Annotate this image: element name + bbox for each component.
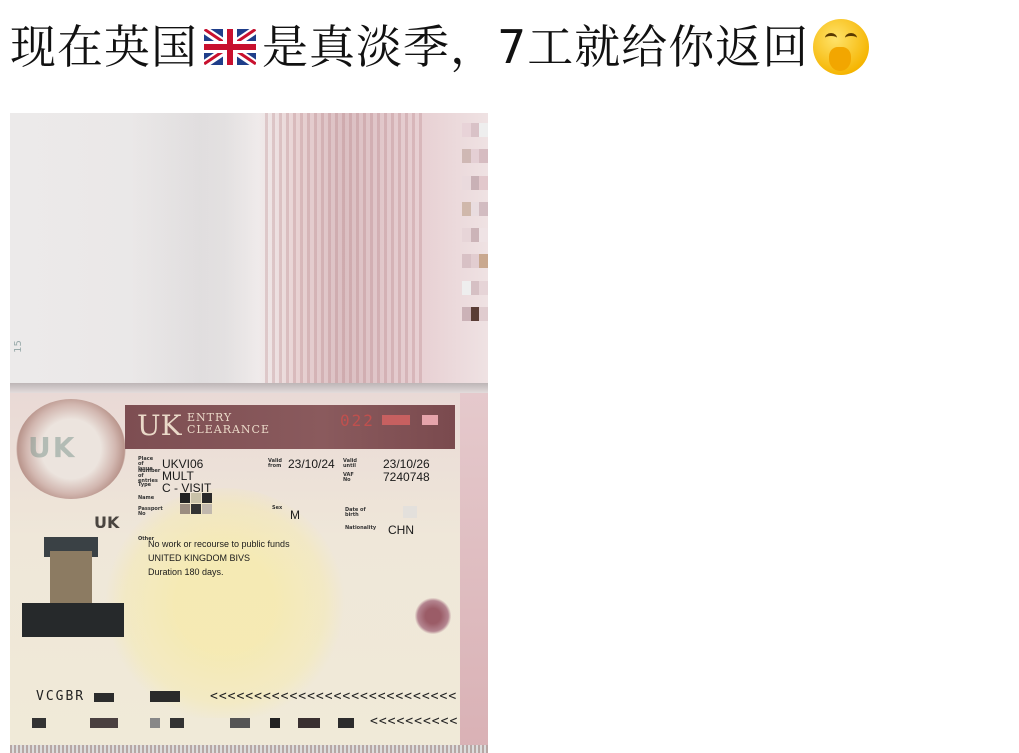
sex-label: Sex bbox=[272, 506, 284, 511]
redacted-visa-number bbox=[382, 415, 410, 425]
post-text: 现在英国 是真淡季，7工就给你返回 bbox=[10, 16, 869, 78]
passport-blank-page: 15 bbox=[10, 113, 488, 388]
mrz-line-1-prefix: VCGBR bbox=[36, 689, 85, 704]
photo-country-label: UK bbox=[94, 513, 119, 532]
valid-from-label: Valid from bbox=[268, 459, 282, 469]
entry-clearance-header: UK ENTRY CLEARANCE bbox=[125, 405, 455, 449]
name-label: Name bbox=[138, 496, 158, 501]
remark-line-3: Duration 180 days. bbox=[148, 567, 224, 577]
nationality-value: CHN bbox=[388, 523, 414, 537]
post-text-part2: 是真淡季，7工就给你返回 bbox=[262, 16, 809, 78]
nationality-label: Nationality bbox=[345, 526, 373, 531]
uk-visa-vignette: UK UK ENTRY CLEARANCE 022 Place of Issue… bbox=[10, 393, 488, 753]
passport-no-label: Passport No bbox=[138, 507, 158, 517]
pixelated-redaction bbox=[462, 123, 488, 333]
type-label: Type bbox=[138, 483, 158, 488]
remark-line-1: No work or recourse to public funds bbox=[148, 539, 290, 549]
royal-crest-watermark bbox=[105, 488, 345, 718]
mrz-line-1-fill: <<<<<<<<<<<<<<<<<<<<<<<<<<<< bbox=[210, 689, 457, 704]
royal-coat-of-arms-icon bbox=[415, 598, 451, 634]
redacted-mrz bbox=[94, 693, 114, 702]
seal-hologram-text: UK bbox=[28, 431, 76, 464]
sex-value: M bbox=[290, 508, 300, 522]
redacted-visa-number-2 bbox=[422, 415, 438, 425]
valid-until-label: Valid until bbox=[343, 459, 357, 469]
uk-flag-icon bbox=[204, 29, 256, 65]
hand-over-mouth-emoji-icon bbox=[813, 19, 869, 75]
date-of-birth-label: Date of birth bbox=[345, 508, 367, 518]
redacted-name bbox=[180, 493, 190, 503]
watermark-pattern bbox=[265, 113, 425, 388]
mrz-line-2-fill: <<<<<<<<<< bbox=[370, 714, 458, 729]
page-gutter bbox=[10, 383, 488, 393]
redacted-dob bbox=[403, 506, 417, 518]
pixelated-holder-photo bbox=[36, 531, 106, 623]
vaf-no-label: VAF No bbox=[343, 473, 357, 483]
valid-from-value: 23/10/24 bbox=[288, 457, 335, 471]
vaf-no-value: 7240748 bbox=[383, 470, 430, 484]
visa-header-uk: UK bbox=[137, 409, 182, 442]
post-text-part1: 现在英国 bbox=[10, 16, 198, 78]
remark-line-2: UNITED KINGDOM BIVS bbox=[148, 553, 250, 563]
page-number: 15 bbox=[13, 340, 24, 353]
valid-until-value: 23/10/26 bbox=[383, 457, 430, 471]
passport-visa-photo[interactable]: 15 UK UK ENTRY CLEARANCE 022 Place of I bbox=[10, 113, 488, 753]
microprint-border bbox=[10, 745, 488, 753]
visa-number: 022 bbox=[340, 411, 375, 430]
visa-header-title: ENTRY CLEARANCE bbox=[187, 412, 270, 436]
